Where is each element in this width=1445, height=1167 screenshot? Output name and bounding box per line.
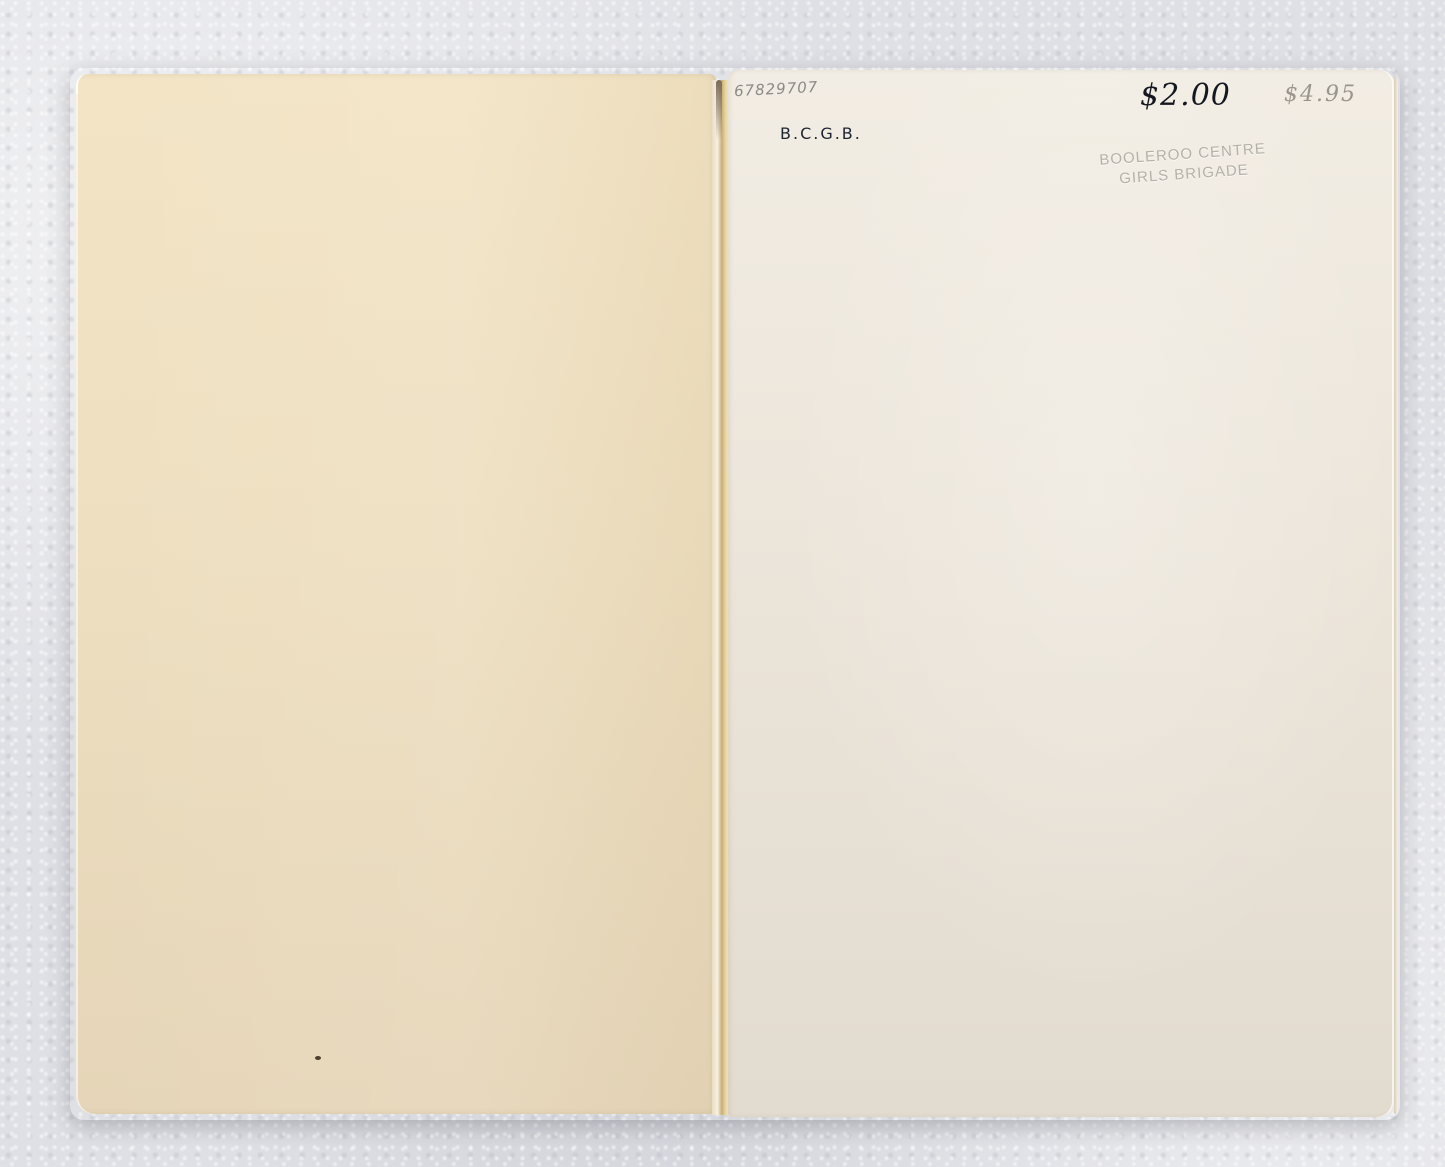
price-ink-note: $2.00	[1140, 78, 1231, 113]
initials-note: B.C.G.B.	[780, 124, 862, 143]
right-flyleaf	[728, 70, 1394, 1117]
left-endpaper	[76, 74, 716, 1114]
ink-dot-mark	[315, 1056, 321, 1060]
price-pencil-note: $4.95	[1284, 82, 1357, 107]
spine-gap-shadow	[716, 80, 722, 140]
page-edge	[1394, 76, 1398, 1114]
page-corner	[76, 74, 98, 94]
